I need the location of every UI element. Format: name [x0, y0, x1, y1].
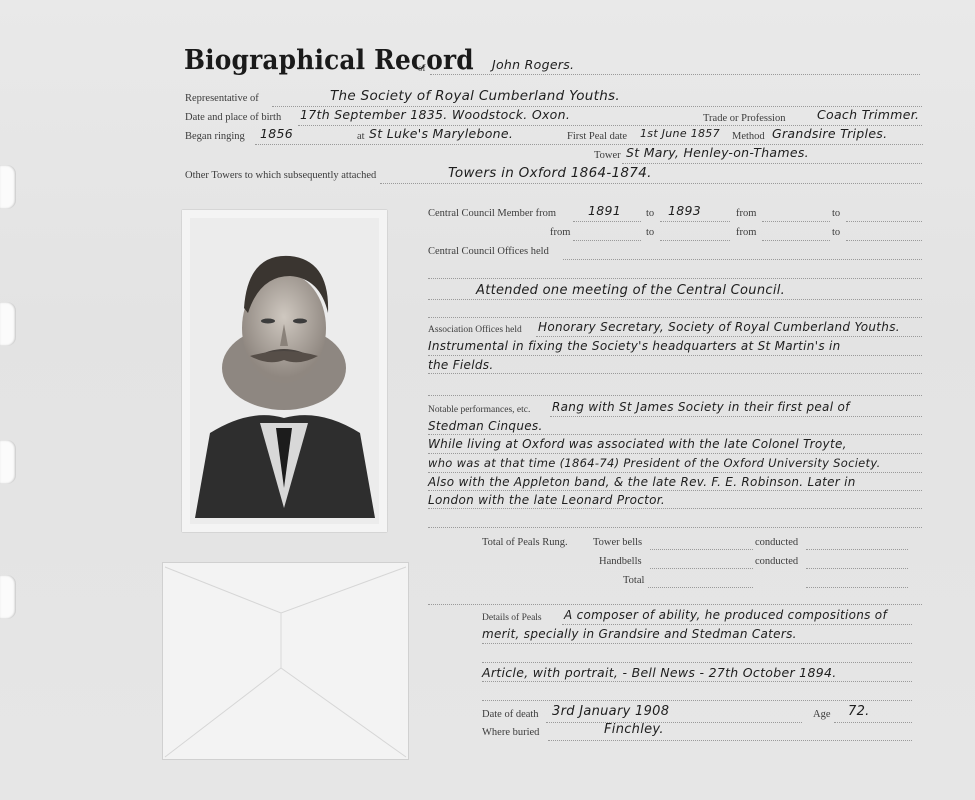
rule [428, 299, 922, 300]
of-label: of [418, 63, 426, 73]
birth-label: Date and place of birth [185, 112, 281, 123]
rule [846, 221, 922, 222]
to-label: to [646, 208, 654, 219]
tower-value: St Mary, Henley-on-Thames. [626, 145, 809, 160]
age-label: Age [813, 709, 831, 720]
cc-offices-note: Attended one meeting of the Central Coun… [476, 283, 785, 298]
rule [546, 722, 802, 723]
rule [660, 240, 730, 241]
details-line: A composer of ability, he produced compo… [564, 608, 887, 622]
to-label: to [832, 208, 840, 219]
age-value: 72. [848, 704, 870, 719]
method-label: Method [732, 131, 765, 142]
other-towers-value: Towers in Oxford 1864-1874. [448, 165, 652, 181]
rule [482, 662, 912, 663]
rule [536, 336, 922, 337]
rule [762, 221, 830, 222]
rule [482, 681, 912, 682]
began-ringing-value: 1856 [260, 126, 293, 141]
association-line: Instrumental in fixing the Society's hea… [428, 339, 841, 353]
notable-line: Rang with St James Society in their firs… [552, 400, 850, 414]
rule [482, 643, 912, 644]
rule [428, 317, 922, 318]
buried-label: Where buried [482, 727, 539, 738]
from-label: from [550, 227, 570, 238]
rule [428, 490, 922, 491]
association-label: Association Offices held [428, 325, 522, 335]
rule [428, 604, 922, 605]
rule [428, 278, 922, 279]
notable-line: While living at Oxford was associated wi… [428, 437, 847, 451]
notable-line: London with the late Leonard Proctor. [428, 493, 665, 507]
rule [428, 434, 922, 435]
trade-label: Trade or Profession [703, 113, 785, 124]
trade-value: Coach Trimmer. [817, 107, 919, 122]
conducted-label: conducted [755, 556, 798, 567]
rule [650, 568, 753, 569]
at-label: at [357, 131, 365, 142]
rule [428, 373, 922, 374]
cc-member-to-1: 1893 [668, 203, 701, 218]
subject-name: John Rogers. [492, 57, 574, 72]
death-date-value: 3rd January 1908 [552, 704, 669, 719]
portrait-man-icon [190, 218, 379, 524]
details-line: merit, specially in Grandsire and Stedma… [482, 627, 797, 641]
rule [428, 355, 922, 356]
to-label: to [832, 227, 840, 238]
rule [562, 624, 912, 625]
rule [622, 163, 922, 164]
rule [846, 240, 922, 241]
rule [428, 453, 922, 454]
rule [573, 240, 641, 241]
rule [834, 722, 912, 723]
birth-value: 17th September 1835. Woodstock. Oxon. [300, 107, 570, 122]
details-line: Article, with portrait, - Bell News - 27… [482, 665, 836, 680]
first-peal-label: First Peal date [567, 131, 627, 142]
rule [650, 549, 753, 550]
death-date-label: Date of death [482, 709, 539, 720]
binder-hole [0, 302, 16, 346]
from-label: from [736, 227, 756, 238]
binder-hole [0, 440, 16, 484]
rule [563, 259, 922, 260]
rule [428, 508, 922, 509]
attached-envelope [162, 562, 409, 760]
buried-value: Finchley. [604, 722, 664, 737]
rule [762, 240, 830, 241]
rule [573, 221, 641, 222]
rule [430, 74, 920, 75]
rule [255, 144, 923, 145]
rule [548, 740, 912, 741]
notable-label: Notable performances, etc. [428, 405, 530, 415]
handbells-label: Handbells [599, 556, 642, 567]
binder-hole [0, 575, 16, 619]
rule [428, 527, 922, 528]
to-label: to [646, 227, 654, 238]
rule [380, 183, 922, 184]
total-sub-label: Total [623, 575, 644, 586]
peals-total-label: Total of Peals Rung. [482, 537, 568, 548]
representative-label: Representative of [185, 93, 259, 104]
first-peal-value: 1st June 1857 [640, 127, 720, 140]
from-label: from [736, 208, 756, 219]
rule [428, 472, 922, 473]
association-line: Honorary Secretary, Society of Royal Cum… [538, 320, 900, 334]
cc-member-from-1: 1891 [588, 203, 621, 218]
cc-offices-label: Central Council Offices held [428, 246, 549, 257]
cc-member-label: Central Council Member from [428, 208, 556, 219]
rule [660, 221, 730, 222]
rule [428, 395, 922, 396]
binder-hole [0, 165, 16, 209]
representative-value: The Society of Royal Cumberland Youths. [330, 88, 620, 104]
at-value: St Luke's Marylebone. [369, 126, 513, 141]
tower-label: Tower [594, 150, 621, 161]
conducted-label: conducted [755, 537, 798, 548]
notable-line: Also with the Appleton band, & the late … [428, 475, 856, 489]
rule [648, 587, 753, 588]
notable-line: who was at that time (1864-74) President… [428, 456, 881, 470]
rule [550, 416, 922, 417]
notable-line: Stedman Cinques. [428, 419, 543, 433]
rule [806, 587, 908, 588]
envelope-icon [163, 563, 408, 759]
began-ringing-label: Began ringing [185, 131, 245, 142]
record-page: Biographical Record of John Rogers. Repr… [0, 0, 975, 800]
rule [806, 549, 908, 550]
method-value: Grandsire Triples. [772, 126, 887, 141]
rule [482, 700, 912, 701]
tower-bells-label: Tower bells [593, 537, 642, 548]
portrait-photo [182, 210, 387, 532]
rule [806, 568, 908, 569]
association-line: the Fields. [428, 358, 493, 372]
other-towers-label: Other Towers to which subsequently attac… [185, 170, 376, 181]
page-title: Biographical Record [184, 45, 474, 76]
details-label: Details of Peals [482, 613, 542, 623]
